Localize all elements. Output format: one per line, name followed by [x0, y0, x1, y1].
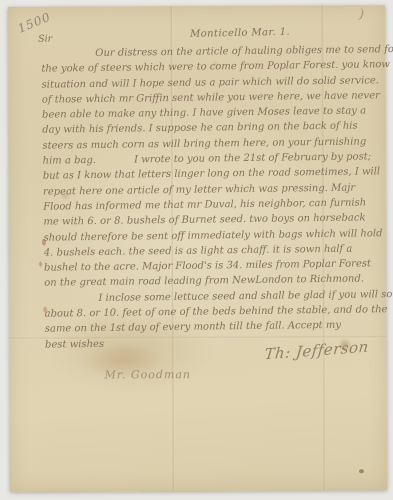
catalog-number-pencil: 1500	[16, 10, 53, 36]
salutation: Sir	[38, 34, 52, 45]
letter-paper: 1500 Monticello Mar. 1. Sir Our distress…	[8, 5, 387, 492]
ink-mark-top-right	[350, 6, 364, 21]
place-date-line: Monticello Mar. 1.	[190, 27, 290, 40]
stain-speck	[359, 469, 364, 473]
letter-body: Our distress on the article of hauling o…	[41, 42, 381, 352]
addressee: Mr. Goodman	[105, 368, 192, 381]
stain-speck	[39, 262, 42, 267]
scan-background: 1500 Monticello Mar. 1. Sir Our distress…	[0, 0, 393, 500]
